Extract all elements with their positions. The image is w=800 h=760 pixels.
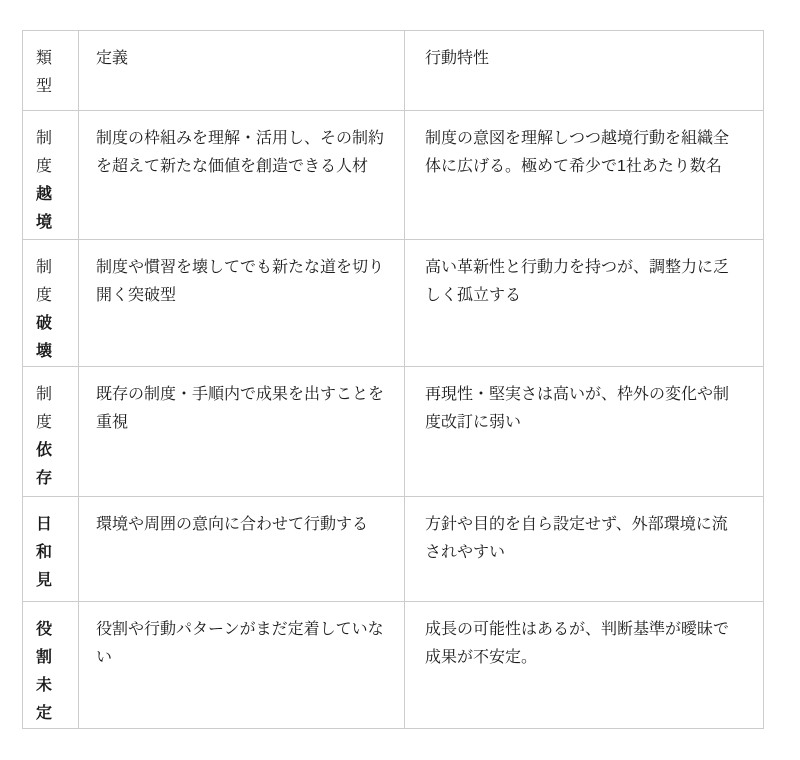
type-label: 日和見 <box>36 511 53 595</box>
personnel-type-table: 類型 定義 行動特性 制度越境 制度の枠組みを理解・活用し、その制約を超えて新た… <box>22 30 764 729</box>
definition-text: 環境や周囲の意向に合わせて行動する <box>96 516 368 533</box>
behavior-text: 制度の意図を理解しつつ越境行動を組織全体に広げる。極めて希少で1社あたり数名 <box>425 130 729 175</box>
table-row: 制度越境 制度の枠組みを理解・活用し、その制約を超えて新たな価値を創造できる人材… <box>23 111 764 240</box>
definition-cell: 制度の枠組みを理解・活用し、その制約を超えて新たな価値を創造できる人材 <box>79 111 405 240</box>
definition-text: 既存の制度・手順内で成果を出すことを重視 <box>96 386 384 431</box>
type-label: 制度依存 <box>36 381 53 493</box>
type-cell: 制度破壊 <box>23 240 79 367</box>
behavior-text: 方針や目的を自ら設定せず、外部環境に流されやすい <box>425 516 728 561</box>
behavior-text: 高い革新性と行動力を持つが、調整力に乏しく孤立する <box>425 259 729 304</box>
table-header-row: 類型 定義 行動特性 <box>23 31 764 111</box>
header-type-label: 類型 <box>36 45 53 101</box>
behavior-cell: 再現性・堅実さは高いが、枠外の変化や制度改訂に弱い <box>405 367 764 497</box>
type-label: 制度破壊 <box>36 254 53 366</box>
behavior-text: 成長の可能性はあるが、判断基準が曖昧で成果が不安定。 <box>425 621 729 666</box>
header-cell-behavior: 行動特性 <box>405 31 764 111</box>
type-cell: 役割未定 <box>23 602 79 729</box>
definition-text: 役割や行動パターンがまだ定着していない <box>96 621 384 666</box>
behavior-cell: 制度の意図を理解しつつ越境行動を組織全体に広げる。極めて希少で1社あたり数名 <box>405 111 764 240</box>
type-cell: 日和見 <box>23 497 79 602</box>
definition-cell: 役割や行動パターンがまだ定着していない <box>79 602 405 729</box>
definition-text: 制度や慣習を壊してでも新たな道を切り開く突破型 <box>96 259 384 304</box>
header-cell-type: 類型 <box>23 31 79 111</box>
definition-text: 制度の枠組みを理解・活用し、その制約を超えて新たな価値を創造できる人材 <box>96 130 384 175</box>
table-row: 役割未定 役割や行動パターンがまだ定着していない 成長の可能性はあるが、判断基準… <box>23 602 764 729</box>
behavior-cell: 高い革新性と行動力を持つが、調整力に乏しく孤立する <box>405 240 764 367</box>
page: 類型 定義 行動特性 制度越境 制度の枠組みを理解・活用し、その制約を超えて新た… <box>0 0 800 760</box>
definition-cell: 制度や慣習を壊してでも新たな道を切り開く突破型 <box>79 240 405 367</box>
behavior-cell: 方針や目的を自ら設定せず、外部環境に流されやすい <box>405 497 764 602</box>
type-label: 役割未定 <box>36 616 53 728</box>
type-cell: 制度依存 <box>23 367 79 497</box>
behavior-cell: 成長の可能性はあるが、判断基準が曖昧で成果が不安定。 <box>405 602 764 729</box>
table-row: 制度破壊 制度や慣習を壊してでも新たな道を切り開く突破型 高い革新性と行動力を持… <box>23 240 764 367</box>
table-row: 制度依存 既存の制度・手順内で成果を出すことを重視 再現性・堅実さは高いが、枠外… <box>23 367 764 497</box>
header-definition-label: 定義 <box>96 50 128 67</box>
definition-cell: 環境や周囲の意向に合わせて行動する <box>79 497 405 602</box>
header-behavior-label: 行動特性 <box>425 50 489 67</box>
behavior-text: 再現性・堅実さは高いが、枠外の変化や制度改訂に弱い <box>425 386 729 431</box>
table-row: 日和見 環境や周囲の意向に合わせて行動する 方針や目的を自ら設定せず、外部環境に… <box>23 497 764 602</box>
type-label: 制度越境 <box>36 125 53 237</box>
definition-cell: 既存の制度・手順内で成果を出すことを重視 <box>79 367 405 497</box>
type-cell: 制度越境 <box>23 111 79 240</box>
header-cell-definition: 定義 <box>79 31 405 111</box>
